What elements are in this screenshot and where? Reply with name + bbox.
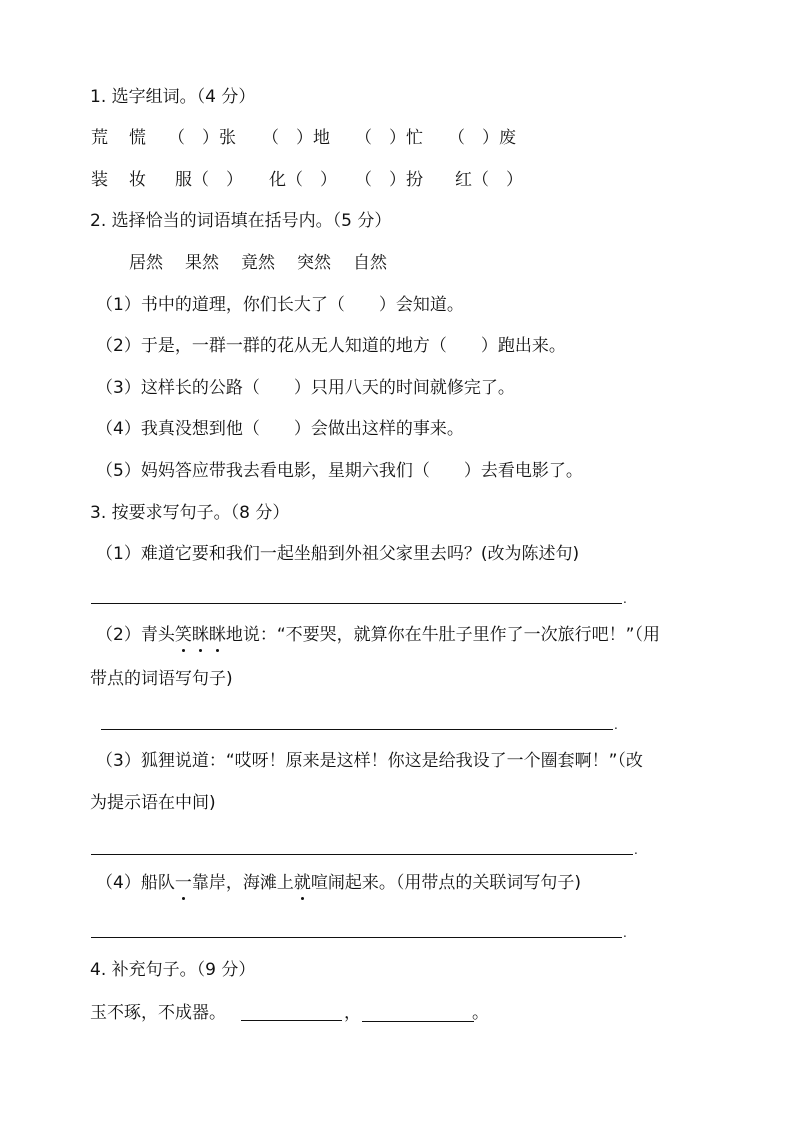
q1-row1-char2: 慌	[129, 127, 146, 149]
q4-blank-1[interactable]	[241, 1020, 342, 1021]
q3-item-4-part-c: 喧闹起来。（用带点的关联词写句子)	[311, 873, 581, 893]
q2-option-3: 竟然	[241, 252, 275, 274]
emphasis-char: 就	[294, 872, 311, 894]
q2-option-2: 果然	[185, 252, 219, 274]
q1-row1-blank4[interactable]: （ ）废	[448, 127, 516, 149]
q1-row2-blank4[interactable]: 红（ ）	[455, 169, 523, 191]
q2-item-2: （2）于是，一群一群的花从无人知道的地方（ ）跑出来。	[96, 335, 566, 357]
q3-item-4: （4）船队一靠岸，海滩上就喧闹起来。（用带点的关联词写句子)	[96, 872, 581, 894]
q4-separator: ，	[344, 1002, 361, 1024]
q3-answer-end-1: .	[623, 593, 627, 605]
q3-answer-line-1[interactable]	[91, 603, 622, 604]
q1-row1-blank3[interactable]: （ ）忙	[355, 127, 423, 149]
q3-item-4-part-a: （4）船队	[96, 873, 175, 893]
q1-row2-blank2[interactable]: 化（ ）	[269, 169, 337, 191]
q1-row2-char2: 妆	[129, 169, 146, 191]
q1-row1-char1: 荒	[91, 127, 108, 149]
q3-item-2-post: 地说：“不要哭，就算你在牛肚子里作了一次旅行吧！”（用	[226, 625, 660, 645]
q4-end: 。	[472, 1002, 489, 1024]
emphasis-char: 笑	[175, 624, 192, 646]
q2-item-1: （1）书中的道理，你们长大了（ ）会知道。	[96, 294, 464, 316]
q3-answer-line-4[interactable]	[91, 937, 622, 938]
q3-item-1: （1）难道它要和我们一起坐船到外祖父家里去吗？(改为陈述句)	[96, 543, 579, 565]
q2-item-3: （3）这样长的公路（ ）只用八天的时间就修完了。	[96, 377, 515, 399]
emphasis-char: 眯	[209, 624, 226, 646]
q1-title: 1. 选字组词。（4 分）	[90, 86, 255, 108]
q3-answer-line-3[interactable]	[91, 854, 633, 855]
q3-item-3-cont: 为提示语在中间)	[90, 792, 216, 814]
q2-option-1: 居然	[129, 252, 163, 274]
q1-row2-blank1[interactable]: 服（ ）	[175, 169, 243, 191]
q2-title: 2. 选择恰当的词语填在括号内。（5 分）	[90, 210, 391, 232]
q2-option-4: 突然	[297, 252, 331, 274]
q1-row2-char1: 装	[91, 169, 108, 191]
q3-answer-end-4: .	[623, 927, 627, 939]
q1-row1-blank2[interactable]: （ ）地	[262, 127, 330, 149]
q3-answer-end-2: .	[614, 719, 618, 731]
q3-item-2-cont: 带点的词语写句子)	[90, 668, 233, 690]
q1-row2-blank3[interactable]: （ ）扮	[355, 169, 423, 191]
q4-blank-2[interactable]	[362, 1021, 474, 1022]
q3-item-3: （3）狐狸说道：“哎呀！原来是这样！你这是给我设了一个圈套啊！”（改	[96, 750, 643, 772]
emphasis-char: 眯	[192, 624, 209, 646]
q3-item-2-pre: （2）青头	[96, 625, 175, 645]
q3-item-4-part-b: 靠岸，海滩上	[192, 873, 294, 893]
q3-title: 3. 按要求写句子。（8 分）	[90, 502, 289, 524]
q4-title: 4. 补充句子。（9 分）	[90, 959, 255, 981]
q2-option-5: 自然	[353, 252, 387, 274]
q2-item-4: （4）我真没想到他（ ）会做出这样的事来。	[96, 418, 464, 440]
q3-answer-line-2[interactable]	[101, 729, 613, 730]
q2-item-5: （5）妈妈答应带我去看电影，星期六我们（ ）去看电影了。	[96, 460, 583, 482]
q3-item-2: （2）青头笑眯眯地说：“不要哭，就算你在牛肚子里作了一次旅行吧！”（用	[96, 624, 660, 646]
emphasis-char: 一	[175, 872, 192, 894]
q4-prompt: 玉不琢，不成器。	[90, 1002, 226, 1024]
q3-answer-end-3: .	[634, 844, 638, 856]
q1-row1-blank1[interactable]: （ ）张	[168, 127, 236, 149]
